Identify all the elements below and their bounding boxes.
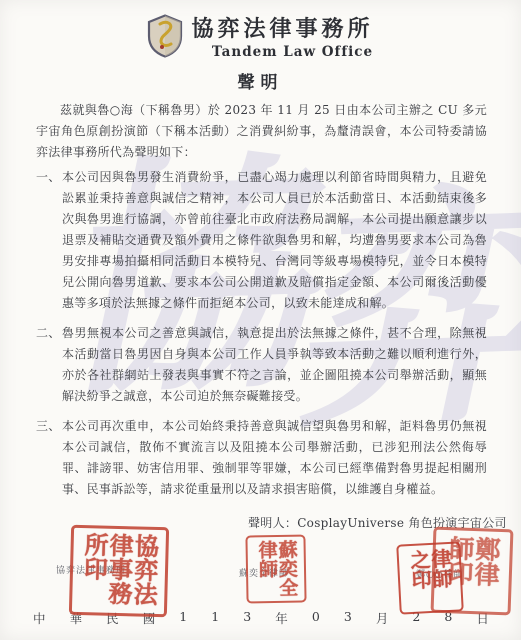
date-char: 華 <box>70 609 83 627</box>
date-char: 3 <box>243 609 251 627</box>
firm-name-en: Tandem Law Office <box>211 44 373 60</box>
date-char: 國 <box>143 609 156 627</box>
firm-names: 協弈法律事務所 Tandem Law Office <box>191 12 373 60</box>
shield-logo-icon <box>147 14 183 58</box>
date-char: 8 <box>444 609 452 627</box>
date-char: 民 <box>106 609 119 627</box>
item-text: 本公司再次重申，本公司始終秉持善意與誠信望與魯男和解，詎料魯男仍無視本公司誠信，… <box>62 416 487 500</box>
letterhead: 協弈法律事務所 Tandem Law Office 聲明 <box>0 0 521 93</box>
firm-identity: 協弈法律事務所 Tandem Law Office <box>0 12 521 60</box>
item-number: 一、 <box>36 167 62 314</box>
date-char: 中 <box>33 609 46 627</box>
item-number: 三、 <box>36 416 62 500</box>
item-text: 本公司因與魯男發生消費紛爭，已盡心竭力處理以利節省時間與精力，且避免訟累並秉持善… <box>62 167 487 314</box>
date-char: 1 <box>179 609 187 627</box>
declarant-line: 聲明人：CosplayUniverse 角色扮演宇宙公司 <box>248 514 507 531</box>
date-char: 年 <box>275 609 288 627</box>
statement-item: 三、 本公司再次重申，本公司始終秉持善意與誠信望與魯男和解，詎料魯男仍無視本公司… <box>36 416 487 500</box>
numbered-items: 一、 本公司因與魯男發生消費紛爭，已盡心竭力處理以利節省時間與精力，且避免訟累並… <box>36 167 487 500</box>
lawyer2-printed-name: 鄭○○律師 <box>416 567 464 580</box>
statement-item: 一、 本公司因與魯男發生消費紛爭，已盡心竭力處理以利節省時間與精力，且避免訟累並… <box>36 167 487 314</box>
item-number: 二、 <box>36 323 62 407</box>
statement-body: 茲就與魯○海（下稱魯男）於 2023 年 11 月 25 日由本公司主辦之 CU… <box>0 93 521 500</box>
date-char: 2 <box>412 609 420 627</box>
roc-date-line: 中華民國113年03月28日 <box>33 609 489 627</box>
date-char: 月 <box>376 609 389 627</box>
firm-printed-name: 協弈法律事務所 <box>56 563 126 576</box>
date-char: 0 <box>312 609 320 627</box>
date-char: 日 <box>476 609 489 627</box>
date-char: 3 <box>344 609 352 627</box>
lawyer1-printed-name: 蘇奕全律師 <box>239 566 289 579</box>
date-char: 1 <box>211 609 219 627</box>
declarant-name: CosplayUniverse 角色扮演宇宙公司 <box>297 516 507 530</box>
declarant-label: 聲明人： <box>248 516 297 530</box>
document-title: 聲明 <box>0 68 521 93</box>
firm-name-zh: 協弈法律事務所 <box>191 12 373 43</box>
item-text: 魯男無視本公司之善意與誠信，執意提出於法無據之條件，甚不合理，除無視本活動當日魯… <box>62 323 487 407</box>
statement-item: 二、 魯男無視本公司之善意與誠信，執意提出於法無據之條件，甚不合理，除無視本活動… <box>36 323 487 407</box>
statement-page: 協弈 協弈法律事務所 Tandem Law Office 聲明 茲就與魯○海（下… <box>0 0 521 640</box>
intro-paragraph: 茲就與魯○海（下稱魯男）於 2023 年 11 月 25 日由本公司主辦之 CU… <box>36 100 487 163</box>
